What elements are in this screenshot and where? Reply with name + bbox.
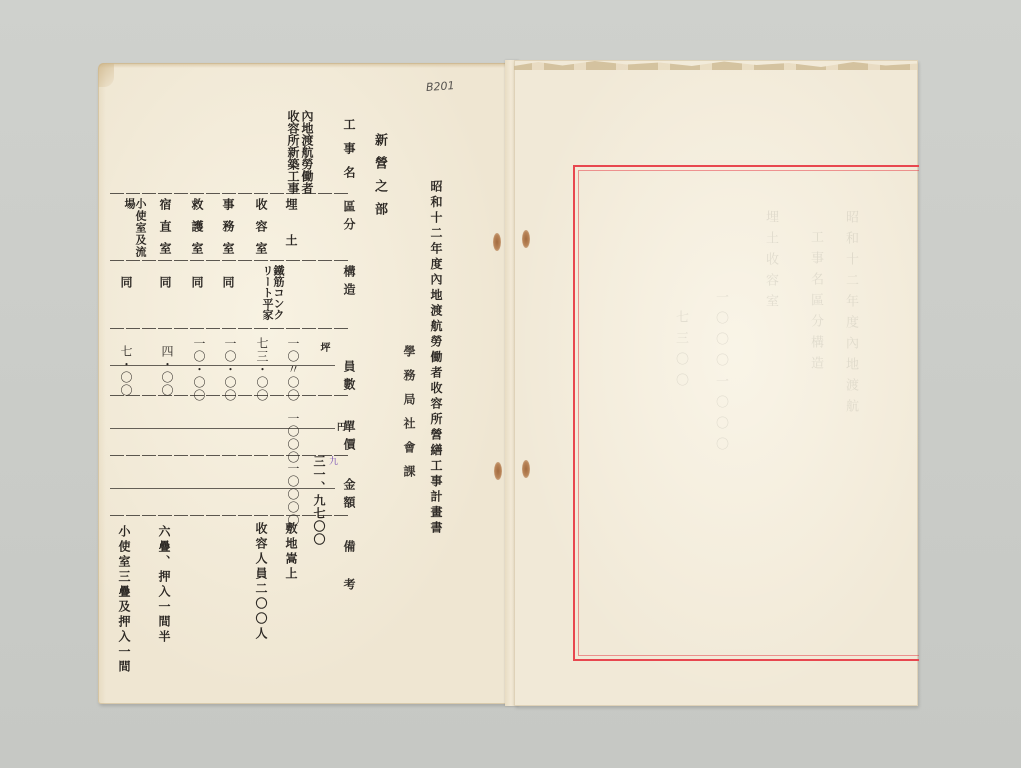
rule-line — [110, 193, 348, 194]
row-quantity: 四・〇〇 — [161, 345, 173, 397]
header-division: 區分 — [343, 200, 355, 236]
header-structure: 構造 — [343, 265, 355, 301]
row-quantity: 一〇〃〇〇 — [287, 337, 299, 402]
bleed-through-text: 昭和十二年度內地渡航 — [844, 210, 857, 510]
archive-handwritten-number: B201 — [426, 79, 455, 94]
unit-yen: 円 — [335, 422, 344, 434]
section-heading: 新營之部 — [373, 133, 386, 225]
row-remarks: 收容人員二〇〇人 — [255, 522, 267, 642]
row-structure: 同 — [222, 276, 234, 291]
binding-stain — [522, 460, 530, 478]
row-division: 事務室 — [222, 198, 234, 264]
header-quantity: 員數 — [343, 360, 355, 396]
row-structure: 同 — [191, 276, 203, 291]
row-quantity: 七三・〇〇 — [256, 337, 268, 402]
row-unit-price: 一〇〇〇 — [287, 412, 299, 464]
unit-tsubo: 坪 — [318, 342, 328, 355]
worn-corner — [98, 63, 114, 87]
document-title: 昭和十二年度內地渡航勞働者收容所營繕工事計畫書 — [430, 180, 442, 537]
row-remarks: 小使室三疊及押入一間 — [118, 525, 130, 675]
bleed-through-text: 七三〇〇 — [674, 310, 687, 570]
work-name-line-2: 收容所新築工事 — [286, 110, 299, 194]
row-division: 小使室及流場 — [118, 198, 146, 268]
red-ruled-border — [573, 165, 919, 661]
bleed-through-text: 一〇〇〇一〇〇〇 — [714, 290, 727, 550]
work-name-line-1: 內地渡航勞働者 — [300, 110, 313, 194]
rule-line — [110, 328, 348, 329]
binding-stain — [494, 462, 502, 480]
scan-background: 昭和十二年度內地渡航 工事名區分構造 埋土收容室 一〇〇〇一〇〇〇 七三〇〇 B… — [0, 0, 1021, 768]
bleed-through-text: 工事名區分構造 — [809, 230, 822, 490]
row-quantity: 七・〇〇 — [120, 345, 132, 397]
row-quantity: 一〇・〇〇 — [193, 337, 205, 402]
row-quantity: 一〇・〇〇 — [224, 337, 236, 402]
bleed-through-text: 埋土收容室 — [764, 210, 777, 470]
binding-stain — [522, 230, 530, 248]
row-division: 宿直室 — [159, 198, 171, 264]
right-page: 昭和十二年度內地渡航 工事名區分構造 埋土收容室 一〇〇〇一〇〇〇 七三〇〇 — [514, 60, 918, 706]
row-remarks: 六疊、押入一間半 — [158, 525, 170, 645]
rule-line — [110, 488, 335, 489]
row-structure: 同 — [159, 276, 171, 291]
row-remarks: 敷地嵩上 — [285, 522, 297, 582]
purple-annotation: 九 — [327, 456, 336, 465]
binding-stain — [493, 233, 501, 251]
issuing-department: 學務局社會課 — [403, 345, 415, 489]
header-remarks: 備考 — [343, 540, 355, 616]
header-amount: 金額 — [343, 478, 355, 514]
row-structure: 同 — [120, 276, 132, 291]
row-amount: 一〇〇〇〇 — [287, 462, 299, 527]
row-division: 救護室 — [191, 198, 203, 264]
header-work-name: 工事名 — [343, 118, 355, 190]
row-division: 收容室 — [255, 198, 267, 264]
row-division: 埋土 — [285, 198, 297, 270]
rule-line — [110, 428, 335, 429]
row-structure: 鐵筋コンクリート平家 — [256, 265, 284, 325]
torn-edge — [514, 60, 918, 70]
total-amount: 三一、九七〇〇 — [313, 455, 325, 546]
